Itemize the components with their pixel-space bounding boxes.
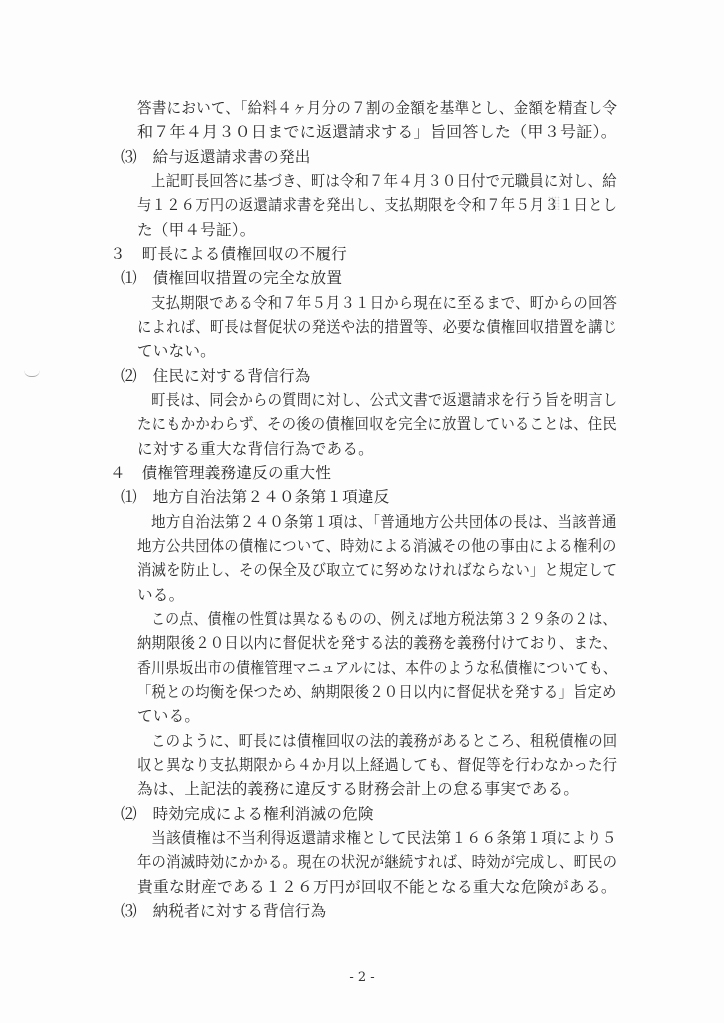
text-line: 年の消滅時効にかかる。現在の状況が継続すれば、時効が完成し、町民の [137, 852, 617, 872]
text-line: 地方公共団体の債権について、時効による消滅その他の事由による権利の [137, 536, 617, 556]
text-line: ⑵ 時効完成による権利消滅の危険 [121, 804, 374, 824]
document-page: 答書において、「給料４ヶ月分の７割の金額を基準とし、金額を精査し令和７年４月３０… [0, 0, 724, 1023]
text-line: 香川県坂出市の債権管理マニュアルには、本件のような私債権についても、 [137, 658, 617, 678]
text-line: このように、町長には債権回収の法的義務があるところ、租税債権の回 [151, 731, 617, 751]
text-line: 和７年４月３０日までに返還請求する」旨回答した（甲３号証）。 [137, 122, 617, 142]
text-line: 当該債権は不当利得返還請求権として民法第１６６条第１項により５ [151, 828, 617, 848]
text-line: 収と異なり支払期限から４か月以上経過しても、督促等を行わなかった行 [137, 755, 617, 775]
text-line: ⑶ 納税者に対する背信行為 [121, 901, 326, 921]
text-line: ⑴ 債権回収措置の完全な放置 [121, 268, 342, 288]
text-line: ていない。 [137, 341, 216, 361]
text-line: ⑵ 住民に対する背信行為 [121, 366, 311, 386]
text-line: ⑴ 地方自治法第２４０条第１項違反 [121, 487, 390, 507]
punch-hole-mark [24, 370, 40, 377]
text-line: 貴重な財産である１２６万円が回収不能となる重大な危険がある。 [137, 877, 617, 897]
text-line: いる。 [137, 585, 184, 605]
text-line: この点、債権の性質は異なるものの、例えば地方税法第３２９条の２は、 [151, 609, 617, 629]
text-line: 地方自治法第２４０条第１項は、「普通地方公共団体の長は、当該普通 [151, 512, 617, 532]
text-line: 消滅を防止し、その保全及び取立てに努めなければならない」と規定して [137, 560, 617, 580]
text-line: た（甲４号証）。 [137, 220, 256, 240]
text-line: によれば、町長は督促状の発送や法的措置等、必要な債権回収措置を講じ [137, 317, 617, 337]
text-line: 上記町長回答に基づき、町は令和７年４月３０日付で元職員に対し、給 [151, 171, 617, 191]
text-line: ている。 [137, 706, 200, 726]
text-line: ⑶ 給与返還請求書の発出 [121, 147, 311, 167]
text-line: 支払期限である令和７年５月３１日から現在に至るまで、町からの回答 [151, 293, 617, 313]
text-line: ４ 債権管理義務違反の重大性 [110, 463, 331, 483]
text-line: 答書において、「給料４ヶ月分の７割の金額を基準とし、金額を精査し令 [137, 98, 617, 118]
text-line: たにもかかわらず、その後の債権回収を完全に放置していることは、住民 [137, 414, 617, 434]
text-line: ３ 町長による債権回収の不履行 [110, 244, 347, 264]
text-line: に対する重大な背信行為である。 [137, 439, 374, 459]
page-number: - 2 - [0, 970, 724, 985]
text-line: 納期限後２０日以内に督促状を発する法的義務を義務付けており、また、 [137, 633, 617, 653]
text-line: 「税との均衡を保つため、納期限後２０日以内に督促状を発する」旨定め [137, 682, 617, 702]
text-line: 為は、上記法的義務に違反する財務会計上の怠る事実である。 [137, 779, 579, 799]
text-line: 町長は、同会からの質問に対し、公式文書で返還請求を行う旨を明言し [151, 390, 617, 410]
text-line: 与１２６万円の返還請求書を発出し、支払期限を令和７年５月３１日とし [137, 195, 617, 215]
